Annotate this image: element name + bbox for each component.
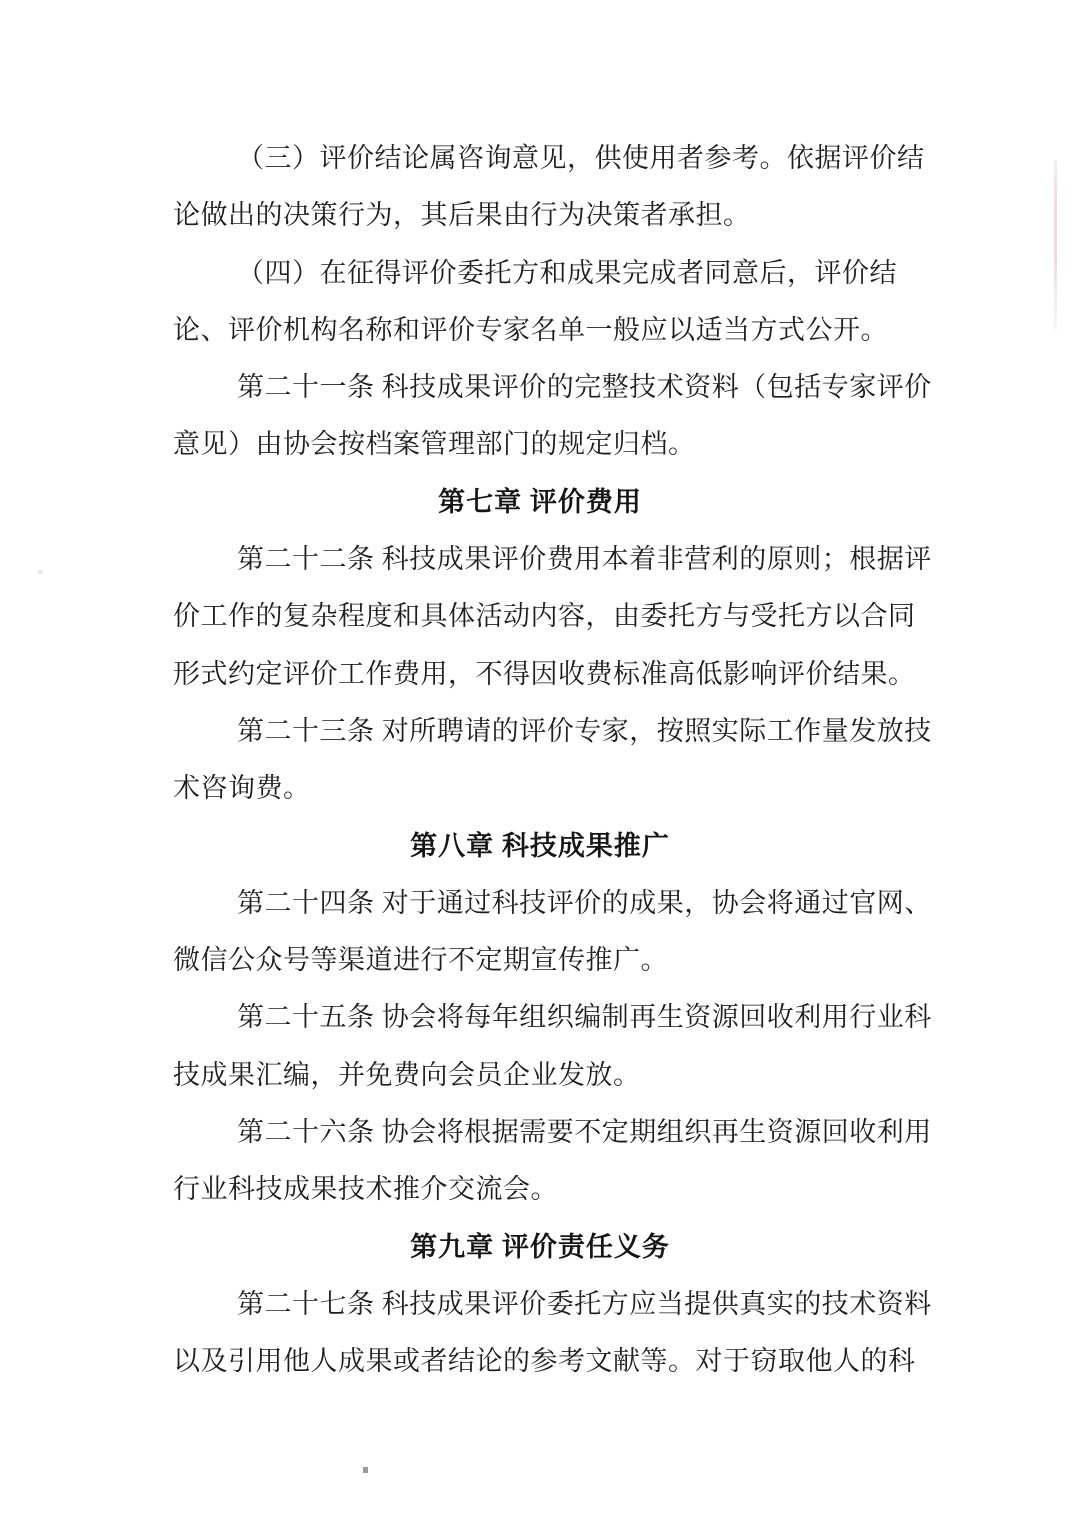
doc-line: 论、评价机构名称和评价专家名单一般应以适当方式公开。 <box>0 302 1080 359</box>
scan-artifact-dot <box>38 570 43 574</box>
document-text-block: （三）评价结论属咨询意见，供使用者参考。依据评价结 论做出的决策行为，其后果由行… <box>0 130 1080 1391</box>
doc-line-article-24: 第二十四条 对于通过科技评价的成果，协会将通过官网、 <box>0 875 1080 932</box>
doc-line: 意见）由协会按档案管理部门的规定归档。 <box>0 416 1080 473</box>
doc-line: 价工作的复杂程度和具体活动内容，由委托方与受托方以合同 <box>0 588 1080 645</box>
doc-line: 论做出的决策行为，其后果由行为决策者承担。 <box>0 187 1080 244</box>
chapter-heading-9: 第九章 评价责任义务 <box>0 1219 1080 1276</box>
doc-line-article-22: 第二十二条 科技成果评价费用本着非营利的原则；根据评 <box>0 531 1080 588</box>
doc-line: 以及引用他人成果或者结论的参考文献等。对于窃取他人的科 <box>0 1333 1080 1390</box>
doc-line: 形式约定评价工作费用，不得因收费标准高低影响评价结果。 <box>0 646 1080 703</box>
doc-line: （四）在征得评价委托方和成果完成者同意后，评价结 <box>0 245 1080 302</box>
scan-artifact-vertical-line <box>1054 160 1057 330</box>
chapter-heading-7: 第七章 评价费用 <box>0 474 1080 531</box>
doc-line: 行业科技成果技术推介交流会。 <box>0 1161 1080 1218</box>
scan-artifact-speck <box>363 1467 368 1473</box>
doc-line-article-26: 第二十六条 协会将根据需要不定期组织再生资源回收利用 <box>0 1104 1080 1161</box>
scanned-document-page: （三）评价结论属咨询意见，供使用者参考。依据评价结 论做出的决策行为，其后果由行… <box>0 0 1080 1528</box>
doc-line-article-25: 第二十五条 协会将每年组织编制再生资源回收利用行业科 <box>0 989 1080 1046</box>
doc-line-article-23: 第二十三条 对所聘请的评价专家，按照实际工作量发放技 <box>0 703 1080 760</box>
doc-line-article-21: 第二十一条 科技成果评价的完整技术资料（包括专家评价 <box>0 359 1080 416</box>
chapter-heading-8: 第八章 科技成果推广 <box>0 818 1080 875</box>
doc-line: 术咨询费。 <box>0 760 1080 817</box>
doc-line: （三）评价结论属咨询意见，供使用者参考。依据评价结 <box>0 130 1080 187</box>
doc-line: 微信公众号等渠道进行不定期宣传推广。 <box>0 932 1080 989</box>
doc-line: 技成果汇编，并免费向会员企业发放。 <box>0 1047 1080 1104</box>
doc-line-article-27: 第二十七条 科技成果评价委托方应当提供真实的技术资料 <box>0 1276 1080 1333</box>
